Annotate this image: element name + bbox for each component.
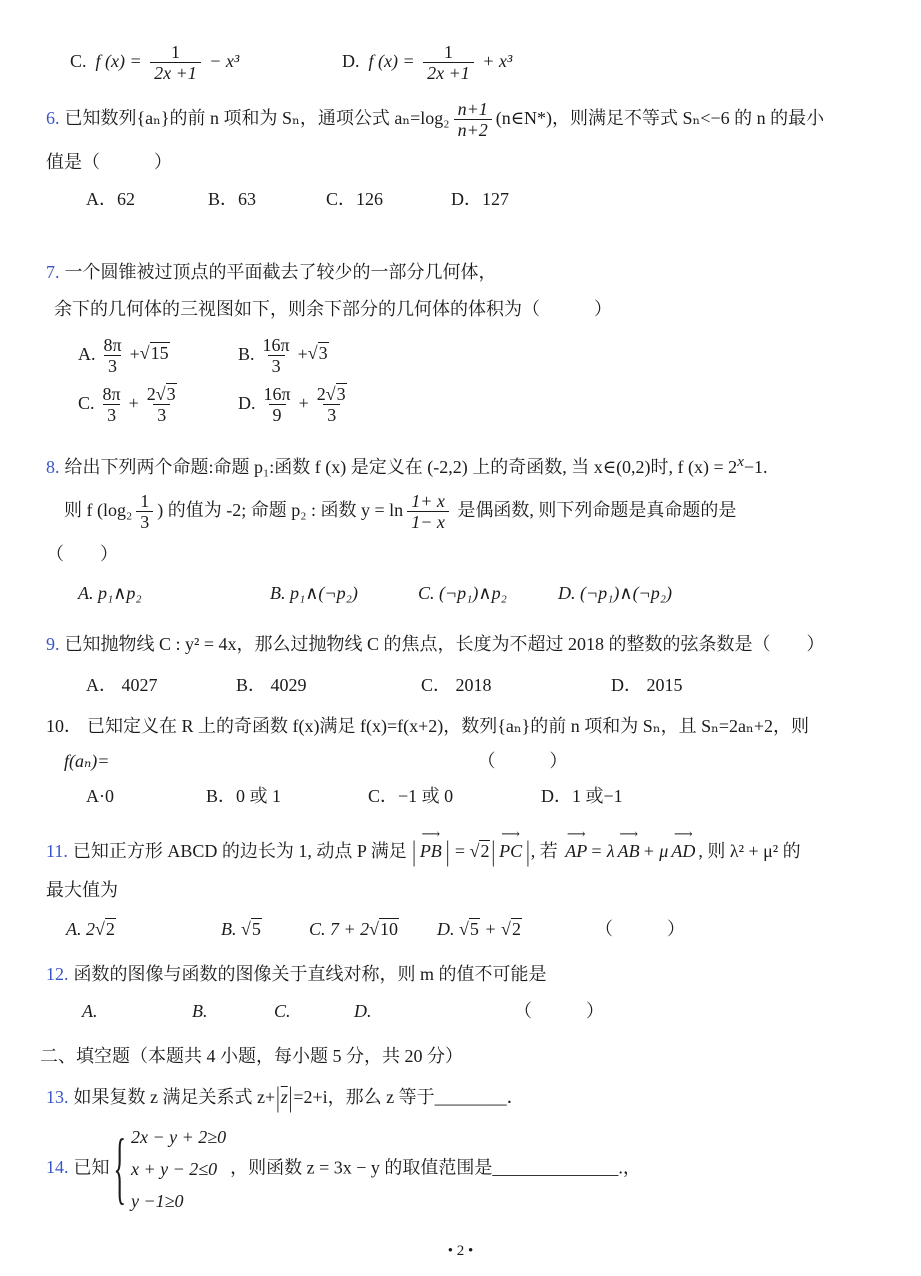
option: D．1 或−1 <box>541 783 623 810</box>
sqrt: 2 <box>501 916 522 943</box>
abs-bar: | <box>491 829 495 872</box>
vector-AB: AB <box>618 838 640 865</box>
option: B． 4029 <box>236 672 421 699</box>
question-7-line2: 余下的几何体的三视图如下，则余下部分的几何体的体积为（ ） <box>46 296 885 323</box>
option-label: D. <box>342 51 360 71</box>
formula-tail: − x³ <box>209 51 239 71</box>
vector-AP: AP <box>565 838 587 865</box>
text: 是偶函数, 则下列命题是真命题的是 <box>457 500 736 520</box>
paren-blank: （ ） <box>477 748 567 775</box>
sqrt: 2 <box>95 916 116 943</box>
abs-bar: | <box>446 829 450 872</box>
question-6-text: 已知数列{aₙ}的前 n 项和为 Sₙ，通项公式 aₙ=log₂ <box>65 108 450 128</box>
question-12-text: 函数的图像与函数的图像关于直线对称，则 m 的值不可能是 <box>74 964 547 984</box>
system-lines: 2x − y + 2≥0x + y − 2≤0y −1≥0 <box>131 1121 226 1218</box>
fraction: 233 <box>143 384 181 425</box>
q5-option-c: C. f (x) = 12x +1 − x³ <box>70 42 342 83</box>
q5-option-d: D. f (x) = 12x +1 + x³ <box>342 42 512 83</box>
abs-bar: | <box>412 829 416 872</box>
option: D. (¬p₁)∧(¬p₂) <box>558 580 672 607</box>
paren-blank: （ ） <box>595 916 685 943</box>
fraction: 16π3 <box>259 335 294 376</box>
question-12-number: 12. <box>46 964 69 984</box>
paren-blank: （ ） <box>514 998 604 1025</box>
option: C．−1 或 0 <box>368 783 541 810</box>
question-12-options: A. B. C. D. （ ） <box>46 998 885 1025</box>
option: C. 7 + 210 <box>309 916 437 943</box>
question-11-line2: 最大值为 <box>46 877 885 904</box>
exponent: x <box>737 454 744 470</box>
fraction: 13 <box>136 491 153 532</box>
fraction: 233 <box>313 384 351 425</box>
question-9-line1: 9.已知抛物线 C : y² = 4x，那么过抛物线 C 的焦点，长度为不超过 … <box>46 631 885 658</box>
question-6-text2: (n∈N*)，则满足不等式 Sₙ<−6 的 n 的最小 <box>496 108 824 128</box>
question-14-number: 14. <box>46 1157 69 1177</box>
fraction: n+1n+2 <box>454 99 492 140</box>
question-11-line1: 11.已知正方形 ABCD 的边长为 1, 动点 P 满足 |PB| = 2|P… <box>46 826 885 865</box>
inequality: x + y − 2≤0 <box>131 1153 226 1185</box>
question-8-text2: −1. <box>744 457 768 477</box>
exam-page: C. f (x) = 12x +1 − x³ D. f (x) = 12x +1… <box>0 0 921 1276</box>
sqrt: 10 <box>369 916 399 943</box>
question-11-options: A. 22 B. 5 C. 7 + 210 D. 5 + 2 （ ） <box>46 916 885 943</box>
question-14-text2: ，则函数 z = 3x − y 的取值范围是______________.， <box>230 1157 641 1177</box>
option: C. (¬p₁)∧p₂ <box>418 580 558 607</box>
question-8-options: A. p₁∧p₂ B. p₁∧(¬p₂) C. (¬p₁)∧p₂ D. (¬p₁… <box>46 580 885 607</box>
option: B. 5 <box>221 916 309 943</box>
question-9-number: 9. <box>46 634 60 654</box>
option: A. p₁∧p₂ <box>78 580 270 607</box>
text: , 则 λ² + μ² 的 <box>698 841 800 861</box>
question-9-options: A． 4027 B． 4029 C． 2018 D． 2015 <box>46 672 885 699</box>
option-label: C. <box>70 51 87 71</box>
question-10-options: A·0 B．0 或 1 C．−1 或 0 D．1 或−1 <box>46 783 885 810</box>
vector-AD: AD <box>671 838 695 865</box>
option: B.16π3+3 <box>238 335 329 376</box>
question-6-line2: 值是（ ） <box>46 149 885 176</box>
option: B. <box>192 998 274 1025</box>
question-6-options: A．62 B．63 C．126 D．127 <box>46 186 885 213</box>
equals: = <box>455 841 465 861</box>
sqrt: 3 <box>156 384 177 404</box>
option: A. 22 <box>66 916 221 943</box>
sqrt: 15 <box>140 340 170 367</box>
inequality-system: {2x − y + 2≥0x + y − 2≤0y −1≥0 <box>114 1121 227 1218</box>
question-6-number: 6. <box>46 108 60 128</box>
fraction: 12x +1 <box>423 42 474 83</box>
formula-fx: f (x) = <box>369 51 415 71</box>
question-8-number: 8. <box>46 457 60 477</box>
question-10-text: 已知定义在 R 上的奇函数 f(x)满足 f(x)=f(x+2)，数列{aₙ}的… <box>87 716 809 736</box>
sqrt: 5 <box>459 916 480 943</box>
text: = λ <box>590 841 614 861</box>
question-5-options-row: C. f (x) = 12x +1 − x³ D. f (x) = 12x +1… <box>46 42 885 83</box>
text: , 若 <box>531 841 558 861</box>
fraction: 12x +1 <box>150 42 201 83</box>
sqrt: 3 <box>308 340 329 367</box>
option: A．62 <box>86 186 208 213</box>
question-7-options-ab: A.8π3+15 B.16π3+3 <box>46 335 885 376</box>
sqrt: 2 <box>470 838 491 865</box>
abs-bar: | <box>526 829 530 872</box>
fraction: 8π3 <box>99 384 125 425</box>
formula-fx: f (x) = <box>96 51 142 71</box>
question-11-text: 已知正方形 ABCD 的边长为 1, 动点 P 满足 <box>73 841 407 861</box>
option: B．0 或 1 <box>206 783 368 810</box>
question-11-number: 11. <box>46 841 68 861</box>
question-10-line2: f(aₙ)= （ ） <box>46 748 885 775</box>
question-13-line1: 13.如果复数 z 满足关系式 z+|z|=2+i，那么 z 等于_______… <box>46 1084 885 1111</box>
option: D． 2015 <box>611 672 683 699</box>
text: 则 f (log₂ <box>64 500 132 520</box>
z-conjugate: z <box>281 1087 288 1107</box>
option: A·0 <box>86 783 206 810</box>
option: A. <box>82 998 192 1025</box>
option: D.16π9+233 <box>238 384 355 425</box>
question-7-text: 一个圆锥被过顶点的平面截去了较少的一部分几何体， <box>65 262 497 282</box>
question-10-number: 10． <box>46 716 82 736</box>
option: C. <box>274 998 354 1025</box>
question-8-text: 给出下列两个命题:命题 p₁:函数 f (x) 是定义在 (-2,2) 上的奇函… <box>65 457 738 477</box>
question-6-line1: 6.已知数列{aₙ}的前 n 项和为 Sₙ，通项公式 aₙ=log₂n+1n+2… <box>46 99 885 140</box>
question-8-line1: 8.给出下列两个命题:命题 p₁:函数 f (x) 是定义在 (-2,2) 上的… <box>46 451 885 481</box>
question-13-number: 13. <box>46 1087 69 1107</box>
option: B．63 <box>208 186 326 213</box>
question-12-line1: 12.函数的图像与函数的图像关于直线对称，则 m 的值不可能是 <box>46 961 885 988</box>
question-7-line1: 7.一个圆锥被过顶点的平面截去了较少的一部分几何体， <box>46 259 885 286</box>
option: B. p₁∧(¬p₂) <box>270 580 418 607</box>
question-14-line1: 14.已知{2x − y + 2≥0x + y − 2≤0y −1≥0，则函数 … <box>46 1121 885 1218</box>
formula-tail: + x³ <box>482 51 512 71</box>
option: D. <box>354 998 514 1025</box>
option: A． 4027 <box>86 672 236 699</box>
question-8-paren: （ ） <box>46 541 885 568</box>
vector-PC: PC <box>499 838 522 865</box>
option: C.8π3+233 <box>78 384 238 425</box>
fraction: 16π9 <box>260 384 295 425</box>
option: C． 2018 <box>421 672 611 699</box>
abs-bar: | <box>289 1075 293 1118</box>
question-9-text: 已知抛物线 C : y² = 4x，那么过抛物线 C 的焦点，长度为不超过 20… <box>65 634 825 654</box>
fraction: 8π3 <box>100 335 126 376</box>
text: + μ <box>643 841 669 861</box>
left-brace: { <box>114 1129 126 1210</box>
question-10-line1: 10．已知定义在 R 上的奇函数 f(x)满足 f(x)=f(x+2)，数列{a… <box>46 713 885 740</box>
option: D．127 <box>451 186 509 213</box>
inequality: y −1≥0 <box>131 1185 226 1217</box>
fraction: 1+ x1− x <box>407 491 449 532</box>
inequality: 2x − y + 2≥0 <box>131 1121 226 1153</box>
question-8-line2: 则 f (log₂13) 的值为 -2; 命题 p₂ : 函数 y = ln1+… <box>46 491 885 532</box>
section-2-title: 二、填空题（本题共 4 小题，每小题 5 分，共 20 分） <box>40 1043 885 1070</box>
sqrt: 5 <box>241 916 262 943</box>
option: A.8π3+15 <box>78 335 238 376</box>
question-13-text2: =2+i，那么 z 等于________． <box>293 1087 524 1107</box>
page-number: • 2 • <box>0 1240 921 1263</box>
question-7-number: 7. <box>46 262 60 282</box>
abs-bar: | <box>276 1075 280 1118</box>
question-13-text: 如果复数 z 满足关系式 z+ <box>74 1087 276 1107</box>
option: D. 5 + 2 <box>437 916 595 943</box>
sqrt: 3 <box>326 384 347 404</box>
question-7-options-cd: C.8π3+233 D.16π9+233 <box>46 384 885 425</box>
text: ) 的值为 -2; 命题 p₂ : 函数 y = ln <box>157 500 403 520</box>
option: C．126 <box>326 186 451 213</box>
question-14-text: 已知 <box>74 1157 110 1177</box>
formula: f(aₙ)= <box>64 748 109 775</box>
vector-PB: PB <box>420 838 442 865</box>
